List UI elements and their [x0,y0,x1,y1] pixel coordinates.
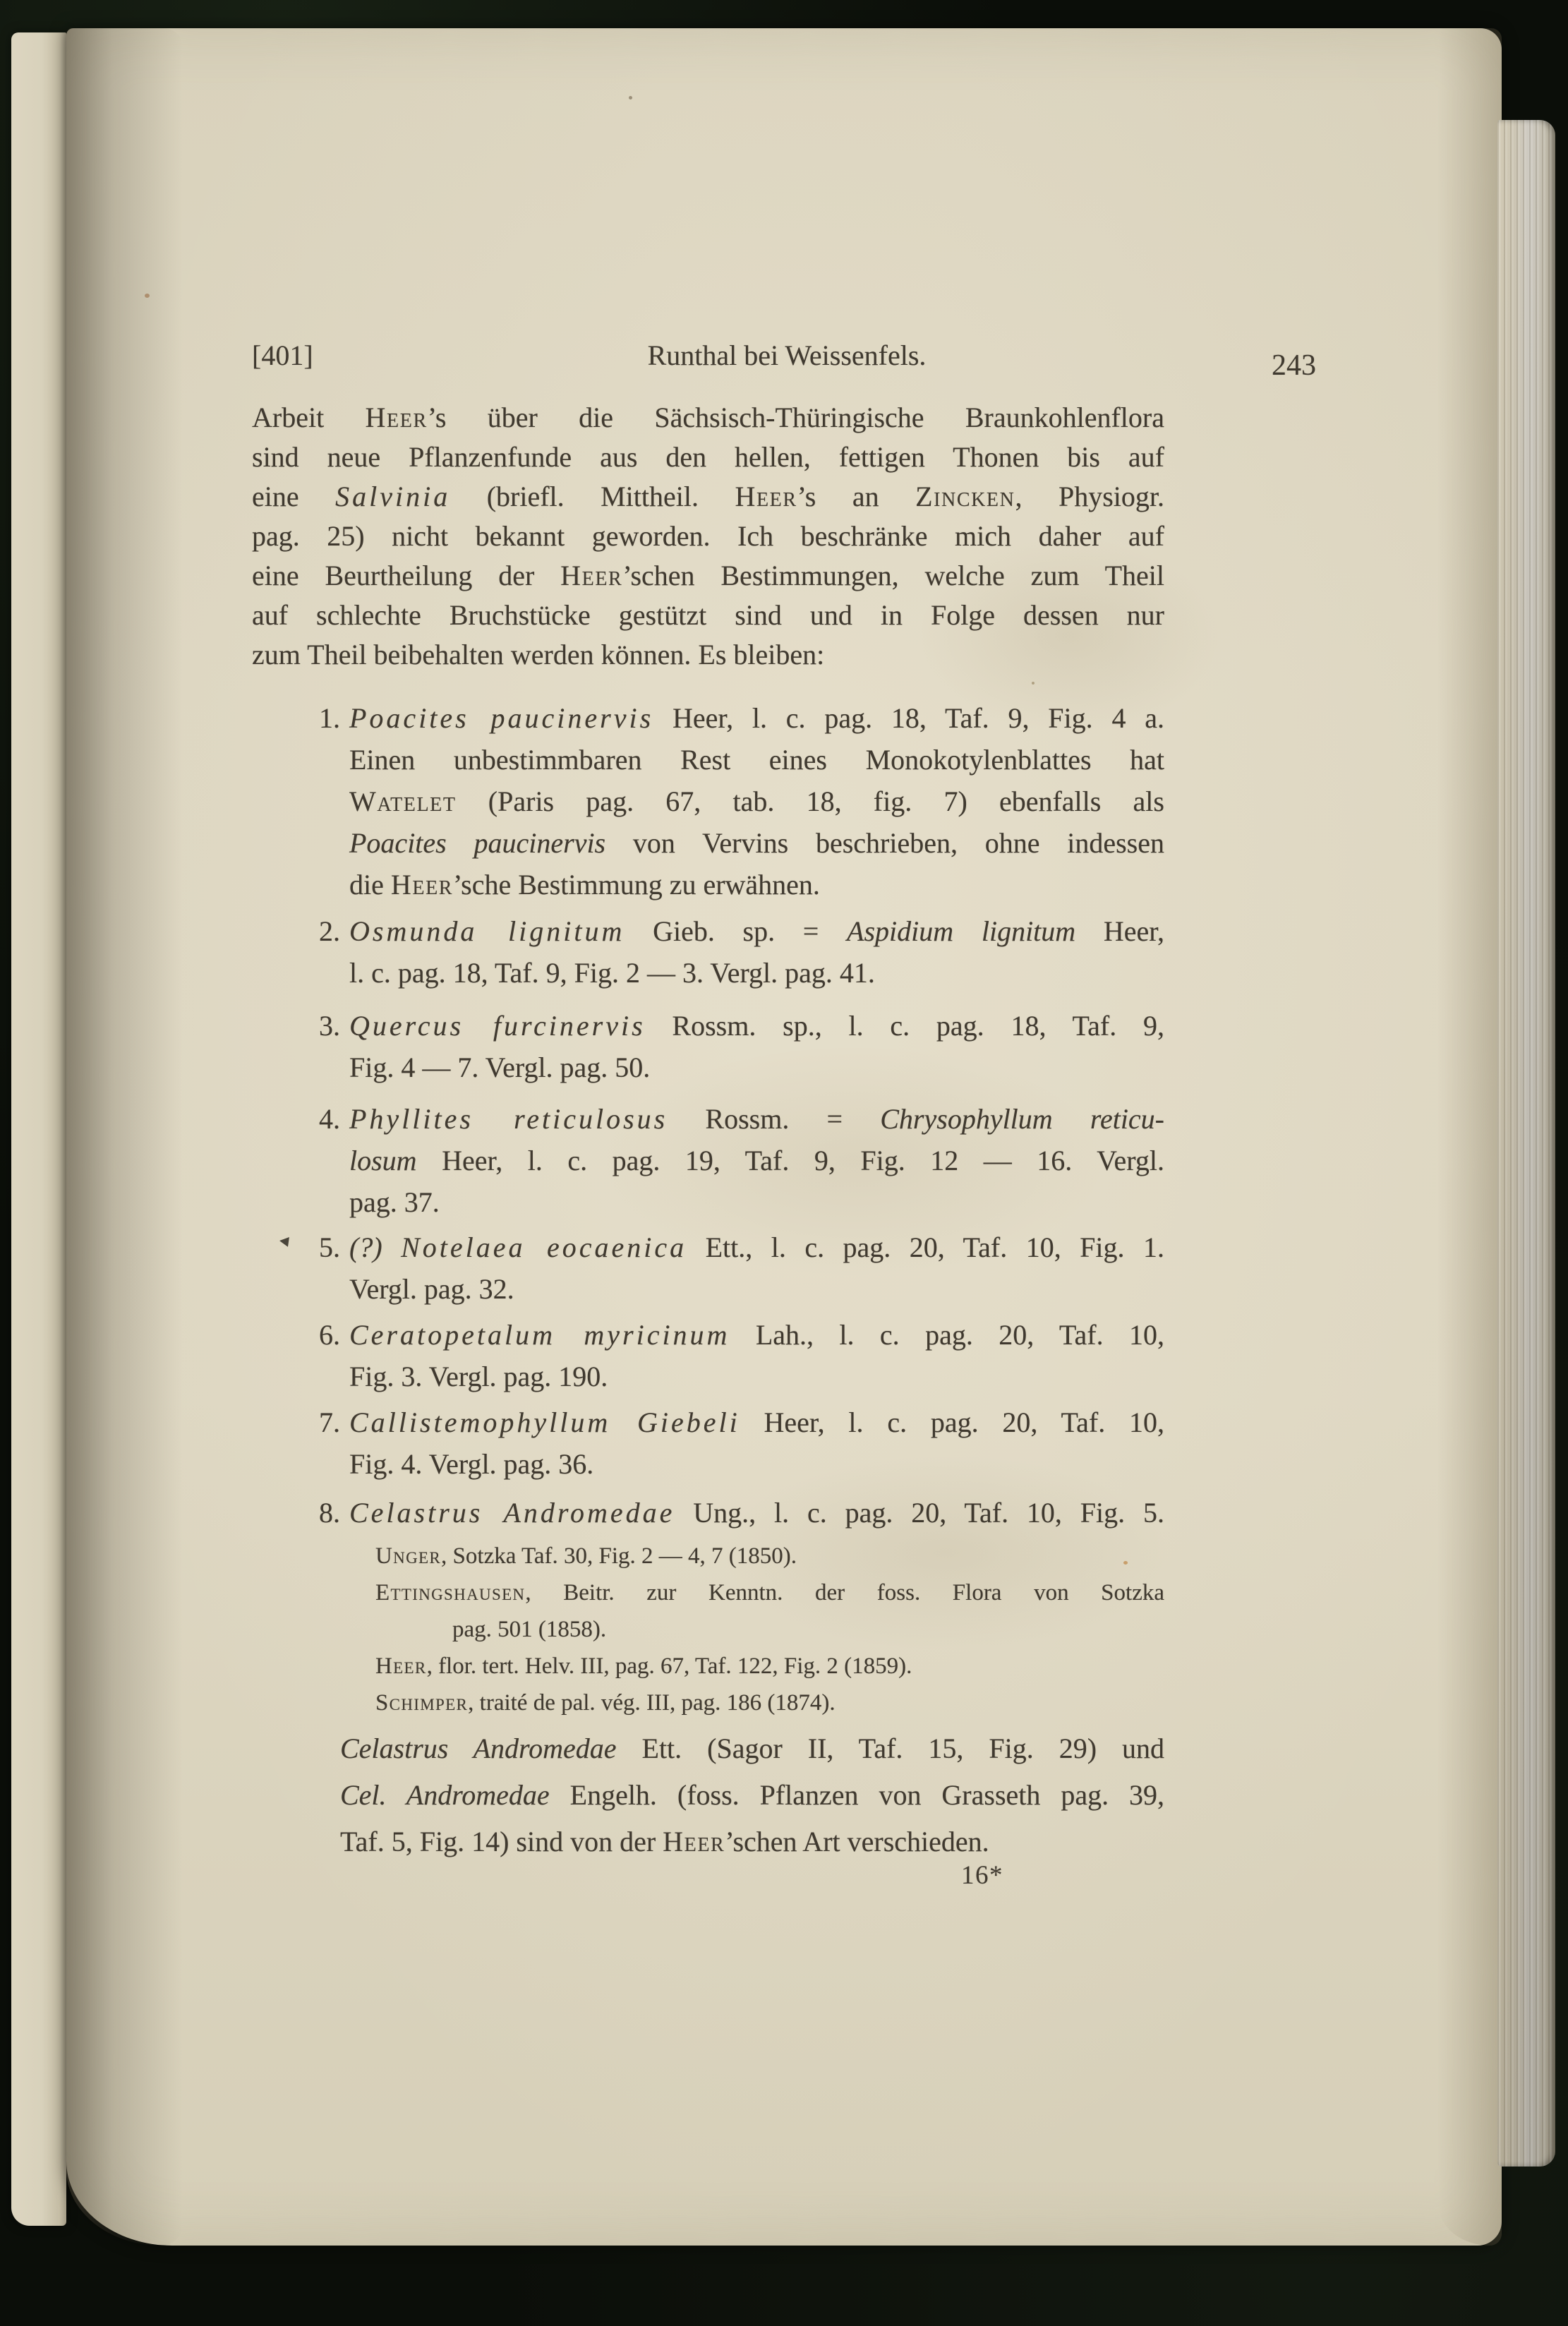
text-run: Rossm. = [668,1103,880,1135]
text-line: Fig. 3. Vergl. pag. 190. [349,1356,1164,1397]
text-run: Heer, l. c. pag. 19, Taf. 9, Fig. 12 — 1… [417,1145,1164,1176]
item-number: 5. [308,1227,340,1268]
species-name-italic: Celastrus Andromedae [349,1497,675,1529]
text-run: ’s über die Sächsisch-Thüringische Braun… [428,402,1164,433]
text-run: , traité de pal. vég. III, pag. 186 (187… [468,1690,836,1716]
author-small-caps: Watelet [349,785,457,817]
species-name-italic: Poacites paucinervis [349,827,605,859]
text-line: die Heer’sche Bestimmung zu erwähnen. [349,864,1164,905]
author-small-caps: Heer [735,481,797,512]
text-line: Osmunda lignitum Gieb. sp. = Aspidium li… [349,910,1164,952]
text-line: Poacites paucinervis Heer, l. c. pag. 18… [349,697,1164,739]
text-run: l. c. pag. 18, Taf. 9, Fig. 2 — 3. Vergl… [349,957,875,989]
text-line: pag. 25) nicht bekannt geworden. Ich bes… [252,517,1164,556]
text-run: Engelh. (foss. Pflanzen von Grasseth pag… [550,1779,1164,1811]
text-run: Gieb. sp. = [625,915,847,947]
text-line: Fig. 4 — 7. Vergl. pag. 50. [349,1047,1164,1088]
item-number: 6. [308,1314,340,1356]
page-text: [401] Runthal bei Weissenfels. 243 Arbei… [0,0,1568,2326]
text-run: , Beitr. zur Kenntn. der foss. Flora von… [525,1580,1164,1605]
item-number: 7. [308,1402,340,1443]
text-run: ’schen Art verschieden. [725,1826,989,1857]
text-run: eine [252,481,335,512]
text-line: sind neue Pflanzenfunde aus den hellen, … [252,438,1164,477]
text-run: Rossm. sp., l. c. pag. 18, Taf. 9, [646,1010,1164,1042]
text-line: zum Theil beibehalten werden können. Es … [252,635,1164,675]
text-run: ’schen Bestimmungen, welche zum Theil [622,560,1164,591]
species-name-italic: Chrysophyllum reticu- [880,1103,1164,1135]
text-line: Watelet (Paris pag. 67, tab. 18, fig. 7)… [349,781,1164,822]
author-small-caps: Zincken [915,481,1015,512]
text-line: Ettingshausen, Beitr. zur Kenntn. der fo… [375,1576,1164,1610]
text-run: auf schlechte Bruchstücke gestützt sind … [252,599,1164,631]
item-number: 8. [308,1492,340,1533]
text-run: Ung., l. c. pag. 20, Taf. 10, Fig. 5. [675,1497,1164,1529]
text-run: , flor. tert. Helv. III, pag. 67, Taf. 1… [427,1653,912,1679]
author-small-caps: Heer [560,560,622,591]
author-small-caps: Unger [375,1543,441,1569]
folio-bracket: [401] [252,336,313,375]
text-line: (?) Notelaea eocaenica Ett., l. c. pag. … [349,1227,1164,1268]
text-line: losum Heer, l. c. pag. 19, Taf. 9, Fig. … [349,1140,1164,1181]
text-line: Schimper, traité de pal. vég. III, pag. … [375,1686,1164,1720]
species-name-italic: Cel. Andromedae [340,1779,550,1811]
text-run: eine Beurtheilung der [252,560,560,591]
text-run: Heer, l. c. pag. 20, Taf. 10, [740,1406,1164,1438]
author-small-caps: Heer [375,1653,427,1679]
species-name-italic: Celastrus Andromedae [340,1733,617,1764]
text-run: zum Theil beibehalten werden können. Es … [252,639,824,670]
author-small-caps: Heer [663,1826,725,1857]
species-name-italic: Osmunda lignitum [349,915,625,947]
text-run: pag. 25) nicht bekannt geworden. Ich bes… [252,520,1164,552]
text-line: Celastrus Andromedae Ett. (Sagor II, Taf… [340,1728,1164,1770]
item-number: 2. [308,910,340,952]
text-line: Celastrus Andromedae Ung., l. c. pag. 20… [349,1492,1164,1533]
text-run: (Paris pag. 67, tab. 18, fig. 7) ebenfal… [457,785,1164,817]
text-run: Heer, [1075,915,1164,947]
species-name-italic: Salvinia [335,481,450,512]
text-run: von Vervins beschrieben, ohne indessen [605,827,1164,859]
text-line: Cel. Andromedae Engelh. (foss. Pflanzen … [340,1774,1164,1816]
text-line: eine Beurtheilung der Heer’schen Bestimm… [252,556,1164,596]
text-run: Fig. 3. Vergl. pag. 190. [349,1361,608,1392]
text-line: Arbeit Heer’s über die Sächsisch-Thüring… [252,398,1164,438]
text-run: Ett. (Sagor II, Taf. 15, Fig. 29) und [617,1733,1164,1764]
author-small-caps: Heer [391,869,453,900]
scanned-book-page: [401] Runthal bei Weissenfels. 243 Arbei… [0,0,1568,2326]
text-run: die [349,869,391,900]
text-line: pag. 37. [349,1181,1164,1223]
species-name-italic: Poacites paucinervis [349,702,653,734]
text-run: Ett., l. c. pag. 20, Taf. 10, Fig. 1. [687,1231,1164,1263]
text-line: Poacites paucinervis von Vervins beschri… [349,822,1164,864]
text-run: Lah., l. c. pag. 20, Taf. 10, [730,1319,1164,1351]
text-line: Phyllites reticulosus Rossm. = Chrysophy… [349,1098,1164,1140]
text-line: l. c. pag. 18, Taf. 9, Fig. 2 — 3. Vergl… [349,952,1164,994]
running-title: Runthal bei Weissenfels. [494,336,1080,375]
text-run: Taf. 5, Fig. 14) sind von der [340,1826,663,1857]
text-line: Ceratopetalum myricinum Lah., l. c. pag.… [349,1314,1164,1356]
signature-mark: 16* [961,1859,1003,1893]
species-name-italic: Callistemophyllum Giebeli [349,1406,740,1438]
text-run: Fig. 4. Vergl. pag. 36. [349,1448,593,1480]
page-number: 243 [1272,346,1316,385]
text-line: Fig. 4. Vergl. pag. 36. [349,1443,1164,1485]
species-name-italic: Phyllites reticulosus [349,1103,668,1135]
item-number: 3. [308,1005,340,1047]
text-line: Unger, Sotzka Taf. 30, Fig. 2 — 4, 7 (18… [375,1539,1164,1573]
text-run: , Sotzka Taf. 30, Fig. 2 — 4, 7 (1850). [441,1543,797,1569]
text-line: Einen unbestimmbaren Rest eines Monokoty… [349,739,1164,781]
text-run: Vergl. pag. 32. [349,1273,514,1305]
text-run: Arbeit [252,402,366,433]
text-line: Heer, flor. tert. Helv. III, pag. 67, Ta… [375,1649,1164,1683]
text-line: Taf. 5, Fig. 14) sind von der Heer’schen… [340,1821,1164,1863]
text-line: eine Salvinia (briefl. Mittheil. Heer’s … [252,477,1164,517]
text-run: (briefl. Mittheil. [450,481,735,512]
text-line: Vergl. pag. 32. [349,1268,1164,1310]
text-run: pag. 37. [349,1186,440,1218]
text-line: Callistemophyllum Giebeli Heer, l. c. pa… [349,1402,1164,1443]
text-run: ’s an [797,481,915,512]
text-run: Heer, l. c. pag. 18, Taf. 9, Fig. 4 a. [653,702,1164,734]
text-line: Quercus furcinervis Rossm. sp., l. c. pa… [349,1005,1164,1047]
text-run: pag. 501 (1858). [452,1617,606,1642]
author-small-caps: Heer [366,402,428,433]
author-small-caps: Ettingshausen [375,1580,525,1605]
text-line: pag. 501 (1858). [452,1613,1164,1646]
species-name-italic: (?) [349,1231,401,1263]
species-name-italic: losum [349,1145,417,1176]
text-run: sind neue Pflanzenfunde aus den hellen, … [252,441,1164,473]
text-line: auf schlechte Bruchstücke gestützt sind … [252,596,1164,635]
text-run: ’sche Bestimmung zu erwähnen. [453,869,820,900]
species-name-italic: Quercus furcinervis [349,1010,646,1042]
text-run: , Physiogr. [1015,481,1164,512]
text-run: Einen unbestimmbaren Rest eines Monokoty… [349,744,1164,776]
species-name-italic: Notelaea eocaenica [401,1231,687,1263]
species-name-italic: Ceratopetalum myricinum [349,1319,730,1351]
species-name-italic: Aspidium lignitum [847,915,1075,947]
author-small-caps: Schimper [375,1690,468,1716]
item-number: 1. [308,697,340,739]
item-number: 4. [308,1098,340,1140]
text-run: Fig. 4 — 7. Vergl. pag. 50. [349,1051,650,1083]
